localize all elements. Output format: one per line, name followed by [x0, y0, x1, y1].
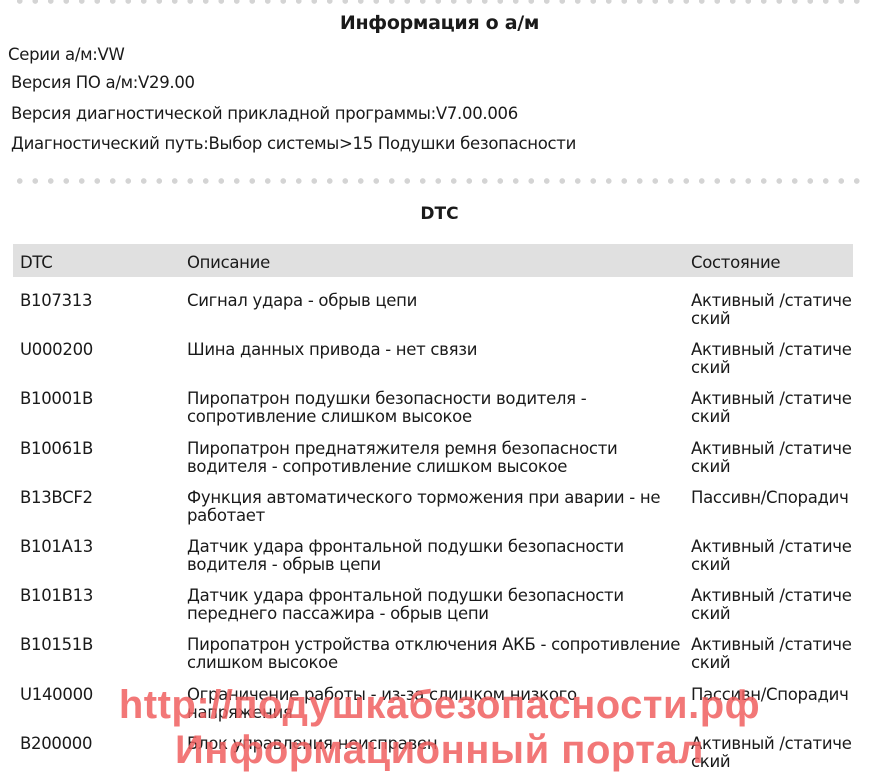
table-row[interactable]: B10001BПиропатрон подушки безопасности в… [13, 390, 853, 439]
dtc-description: Пиропатрон преднатяжителя ремня безопасн… [187, 440, 687, 476]
table-row[interactable]: B101B13Датчик удара фронтальной подушки … [13, 587, 853, 636]
dtc-code: B10151B [20, 636, 93, 654]
dtc-description: Датчик удара фронтальной подушки безопас… [187, 538, 687, 574]
dtc-code: B10061B [20, 440, 93, 458]
dtc-section-title: DTC [0, 204, 879, 224]
table-row[interactable]: B10151BПиропатрон устройства отключения … [13, 636, 853, 685]
table-row[interactable]: B10061BПиропатрон преднатяжителя ремня б… [13, 440, 853, 489]
dtc-status: Активный /статический [691, 292, 856, 328]
dtc-status: Активный /статический [691, 341, 856, 377]
watermark-url: http://подушкабезопасности.рф [0, 683, 879, 728]
section-dotted-divider [12, 178, 867, 184]
dtc-status: Активный /статический [691, 440, 856, 476]
dtc-status: Активный /статический [691, 636, 856, 672]
column-header-status: Состояние [691, 253, 780, 272]
dtc-description: Функция автоматического торможения при а… [187, 489, 687, 525]
dtc-code: B107313 [20, 292, 92, 310]
watermark-portal: Информационный портал [0, 728, 879, 773]
column-header-description: Описание [187, 253, 270, 272]
vehicle-series: Серии а/м:VW [8, 45, 125, 64]
dtc-description: Шина данных привода - нет связи [187, 341, 687, 359]
dtc-status: Активный /статический [691, 390, 856, 426]
table-row[interactable]: B13BCF2Функция автоматического торможени… [13, 489, 853, 538]
dtc-description: Пиропатрон устройства отключения АКБ - с… [187, 636, 687, 672]
dtc-code: B10001B [20, 390, 93, 408]
column-header-dtc: DTC [20, 253, 52, 272]
dtc-code: B13BCF2 [20, 489, 93, 507]
dtc-status: Пассивн/Спорадич [691, 489, 856, 507]
dtc-status: Активный /статический [691, 587, 856, 623]
top-dotted-divider [12, 0, 867, 4]
dtc-code: U000200 [20, 341, 93, 359]
table-row[interactable]: U000200Шина данных привода - нет связиАк… [13, 341, 853, 390]
diagnostic-path: Диагностический путь:Выбор системы>15 По… [11, 134, 576, 153]
dtc-code: B101A13 [20, 538, 93, 556]
dtc-table-header: DTC Описание Состояние [13, 244, 853, 277]
dtc-status: Активный /статический [691, 538, 856, 574]
diagnostic-app-version: Версия диагностической прикладной програ… [11, 104, 518, 123]
table-row[interactable]: B101A13Датчик удара фронтальной подушки … [13, 538, 853, 587]
vehicle-software-version: Версия ПО а/м:V29.00 [11, 73, 195, 92]
dtc-description: Датчик удара фронтальной подушки безопас… [187, 587, 687, 623]
dtc-code: B101B13 [20, 587, 93, 605]
page-title: Информация о а/м [0, 12, 879, 34]
table-row[interactable]: B107313Сигнал удара - обрыв цепиАктивный… [13, 292, 853, 341]
dtc-description: Сигнал удара - обрыв цепи [187, 292, 687, 310]
dtc-description: Пиропатрон подушки безопасности водителя… [187, 390, 687, 426]
